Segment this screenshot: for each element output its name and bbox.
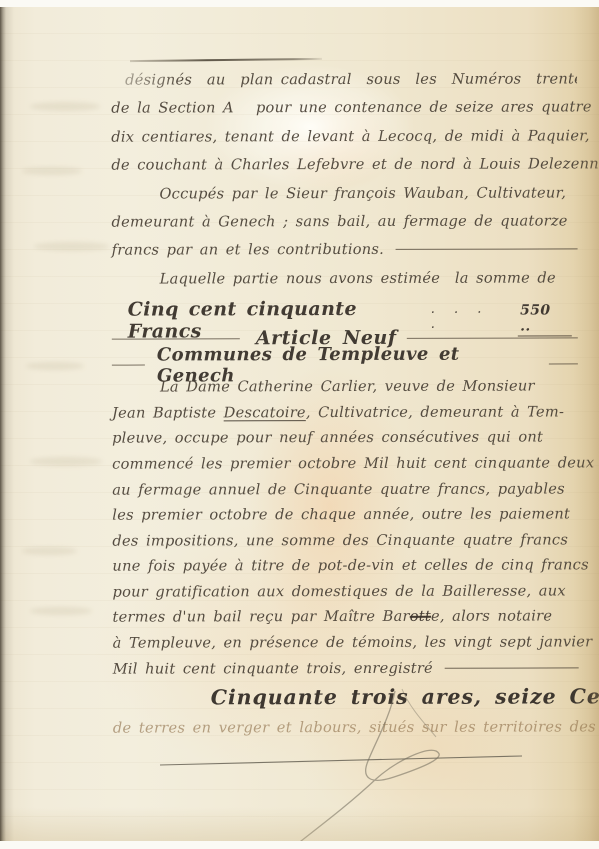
manuscript-line: de couchant à Charles Lefebvre et de nor… [111,156,577,186]
heading-trail-rule [407,337,578,338]
manuscript-line: au fermage annuel de Cinquante quatre fr… [112,480,578,507]
manuscript-line-text: à Templeuve, en présence de témoins, les… [113,633,593,651]
amount-figure: 550 .. [518,303,572,337]
paper-sheet: désignés au plan cadastral sous les Numé… [0,7,599,841]
manuscript-line: désignés au plan cadastral sous les Numé… [111,70,577,100]
communes-heading-line: Communes de Templeuve et Genech [112,351,578,379]
trailing-rule [445,667,579,668]
manuscript-marked-word: ott [410,608,431,625]
manuscript-line: à Templeuve, en présence de témoins, les… [113,633,579,660]
manuscript-line-text: dix centiares, tenant de levant à Lecocq… [111,127,589,145]
manuscript-line: Laquelle partie nous avons estimée la so… [112,269,578,299]
manuscript-line-text: de couchant à Charles Lefebvre et de nor… [111,155,599,173]
manuscript-line-text: Mil huit cent cinquante trois, enregistr… [113,659,433,677]
manuscript-line: de la Section A pour une contenance de s… [111,99,577,129]
manuscript-line-text: une fois payée à titre de pot-de-vin et … [112,557,588,575]
manuscript-line-text: des impositions, une somme des Cinquante… [112,531,568,549]
manuscript-line-text: commencé les premier octobre Mil huit ce… [112,454,594,472]
manuscript-line: commencé les premier octobre Mil huit ce… [112,454,578,481]
manuscript-line: pour gratification aux domestiques de la… [112,582,578,609]
page-bottom-shadow [0,807,599,841]
intro-paragraph: désignés au plan cadastral sous les Numé… [111,70,578,298]
bleed-through-smudge [34,242,109,251]
manuscript-line-text: termes d'un bail reçu par Maître Bar [113,608,410,626]
bleed-through-smudge [22,167,82,175]
closing-line-faint: de terres en verger et labours, situés s… [113,719,579,748]
manuscript-line: des impositions, une somme des Cinquante… [112,531,578,558]
book-binding-edge [0,7,14,841]
estimate-amount-line: Cinq cent cinquante Francs . . . . 550 .… [112,298,578,326]
body-paragraph: La Dame Catherine Carlier, veuve de Mons… [112,378,579,686]
page-right-edge [573,7,599,841]
manuscript-line-text: , Cultivatrice, demeurant à Tem- [306,403,564,421]
manuscript-line-text: e, alors notaire [431,608,552,625]
subheading-lead-rule [112,365,145,366]
manuscript-line: Mil huit cent cinquante trois, enregistr… [113,659,579,686]
manuscript-line: francs par an et les contributions. [112,241,578,271]
manuscript-line-text: au fermage annuel de Cinquante quatre fr… [112,480,565,498]
photo-border-top [0,0,599,7]
manuscript-line-text: Occupés par le Sieur françois Wauban, Cu… [159,184,566,202]
manuscript-line-text: Jean Baptiste [112,404,224,421]
section-divider-rule [130,58,322,62]
dot-leader: . . . . [431,302,508,332]
manuscript-line: une fois payée à titre de pot-de-vin et … [112,557,578,584]
manuscript-line: demeurant à Genech ; sans bail, au ferma… [111,212,577,242]
manuscript-line: pleuve, occupe pour neuf années consécut… [112,429,578,456]
parcel-size-display-line: Cinquante trois ares, seize Centiares [113,685,579,720]
manuscript-line-text: pour gratification aux domestiques de la… [112,582,565,600]
manuscript-line: Jean Baptiste Descatoire , Cultivatrice,… [112,403,578,430]
manuscript-line-text: pleuve, occupe pour neuf années consécut… [112,429,543,447]
bleed-through-smudge [30,607,92,615]
trailing-rule [396,249,578,250]
photo-border-bottom [0,841,599,849]
manuscript-line-text: La Dame Catherine Carlier, veuve de Mons… [160,378,535,396]
photographed-register-page: désignés au plan cadastral sous les Numé… [0,0,599,849]
manuscript-line: dix centiares, tenant de levant à Lecocq… [111,127,577,157]
manuscript-line-text: les premier octobre de chaque année, out… [112,506,570,524]
bleed-through-smudge [26,362,84,370]
manuscript-line-text: Laquelle partie nous avons estimée la so… [160,269,556,287]
manuscript-line: les premier octobre de chaque année, out… [112,505,578,532]
manuscript-line: termes d'un bail reçu par Maître Bar ott… [113,608,579,635]
manuscript-line-text: désignés au plan cadastral sous les Numé… [125,70,599,88]
manuscript-marked-word: Descatoire [224,404,306,421]
manuscript-line: La Dame Catherine Carlier, veuve de Mons… [112,378,578,405]
manuscript-text-block: désignés au plan cadastral sous les Numé… [111,70,579,747]
bleed-through-smudge [30,102,100,111]
bleed-through-smudge [30,457,102,466]
manuscript-line-text: demeurant à Genech ; sans bail, au ferma… [111,212,567,230]
manuscript-line: Occupés par le Sieur françois Wauban, Cu… [111,184,577,214]
bleed-through-smudge [22,547,77,555]
manuscript-line-text: de la Section A pour une contenance de s… [111,99,599,117]
manuscript-line-text: francs par an et les contributions. [112,241,384,259]
